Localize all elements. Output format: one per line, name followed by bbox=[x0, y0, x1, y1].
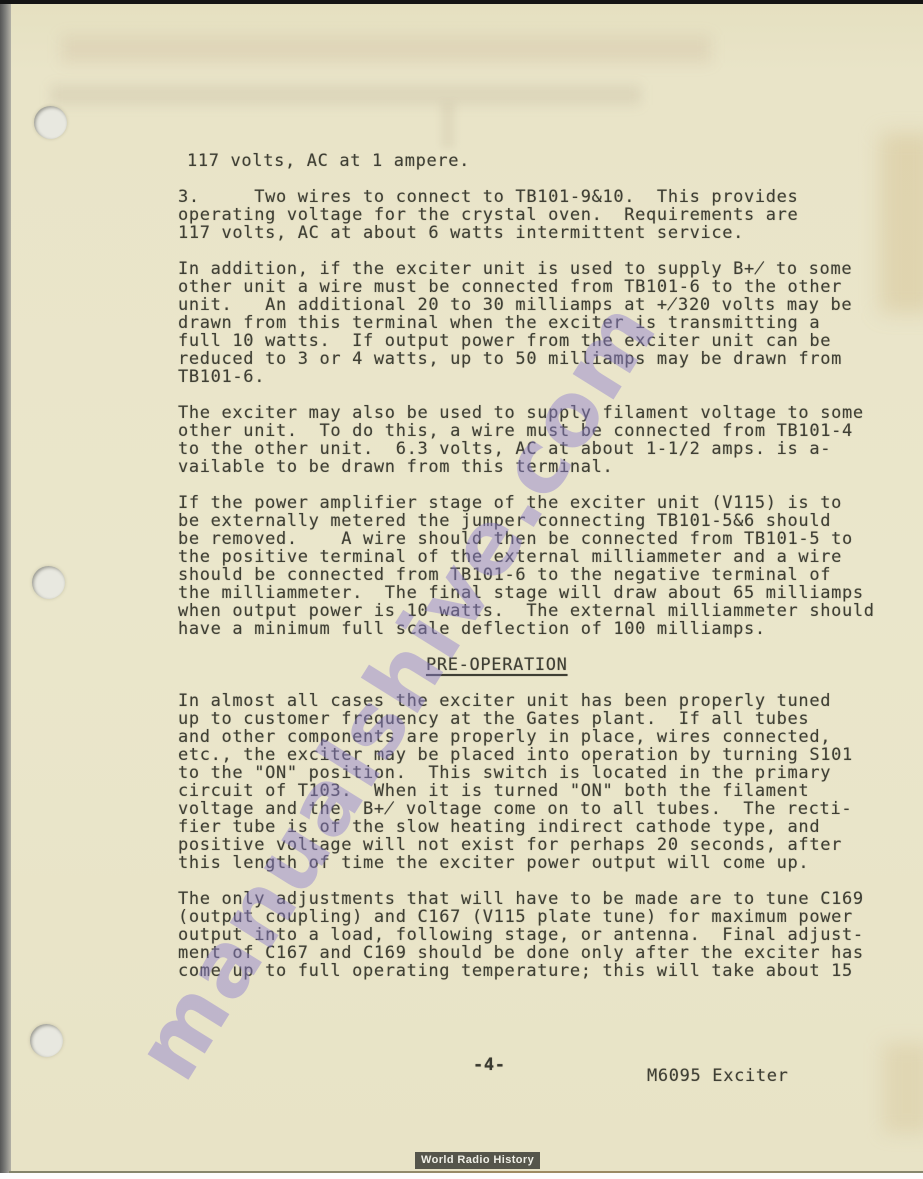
paragraph: In almost all cases the exciter unit has… bbox=[178, 692, 894, 872]
scan-left-edge bbox=[0, 0, 11, 1179]
scan-top-edge bbox=[0, 0, 923, 4]
doc-reference: M6095 Exciter bbox=[647, 1066, 789, 1086]
paragraph: 117 volts, AC at 1 ampere. bbox=[178, 152, 894, 170]
text-body: 117 volts, AC at 1 ampere. 3. Two wires … bbox=[178, 152, 894, 998]
page-number: -4- bbox=[473, 1055, 506, 1075]
scanned-manual-page: { "doc": { "paragraphs": [ "117 volts, A… bbox=[0, 0, 923, 1179]
scan-artifact bbox=[883, 1043, 923, 1133]
section-heading: PRE-OPERATION bbox=[178, 656, 894, 674]
punch-hole bbox=[34, 106, 67, 139]
scan-artifact bbox=[61, 35, 711, 63]
scan-artifact bbox=[51, 85, 641, 105]
section-heading-text: PRE-OPERATION bbox=[426, 655, 568, 675]
paragraph: In addition, if the exciter unit is used… bbox=[178, 260, 894, 386]
document-page: 117 volts, AC at 1 ampere. 3. Two wires … bbox=[11, 3, 923, 1171]
punch-hole bbox=[32, 566, 65, 599]
paragraph: 3. Two wires to connect to TB101-9&10. T… bbox=[178, 188, 894, 242]
paragraph: If the power amplifier stage of the exci… bbox=[178, 494, 894, 638]
punch-hole bbox=[30, 1024, 63, 1057]
scan-bottom-margin bbox=[0, 1173, 923, 1179]
paragraph: The only adjustments that will have to b… bbox=[178, 890, 894, 980]
scan-artifact bbox=[441, 103, 455, 148]
world-radio-history-badge: World Radio History bbox=[415, 1152, 540, 1169]
paragraph: The exciter may also be used to supply f… bbox=[178, 404, 894, 476]
